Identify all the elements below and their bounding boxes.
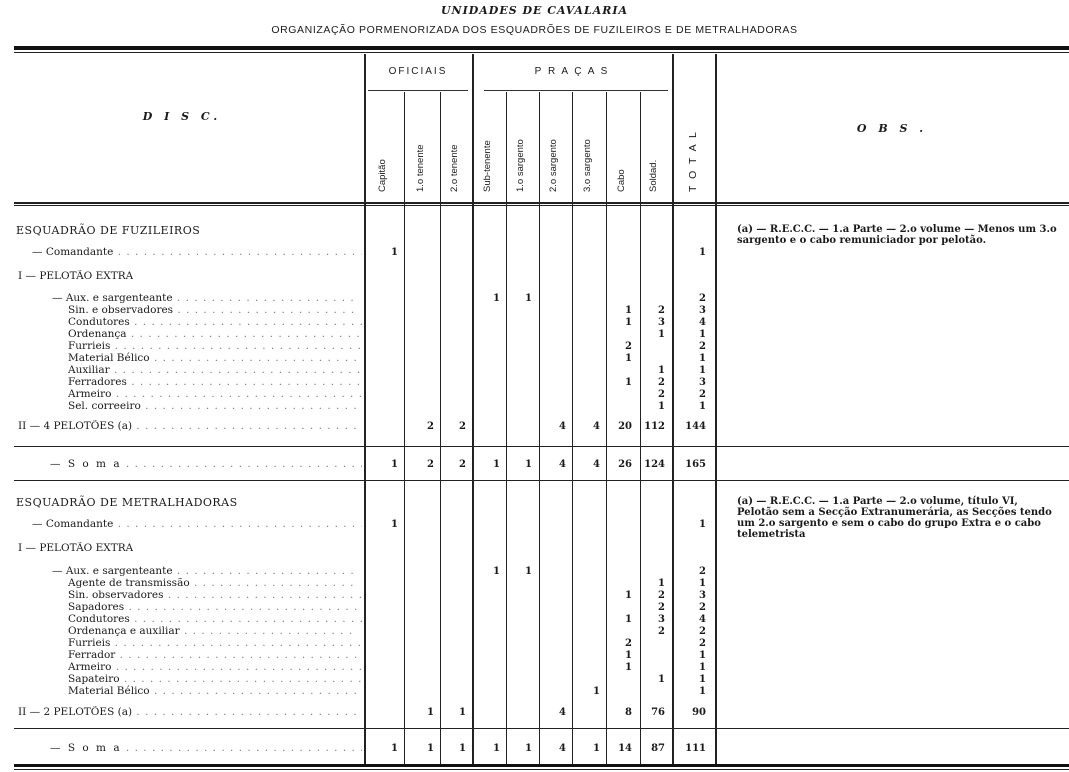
- cell-value: 1: [676, 329, 706, 340]
- cell-value: 2: [635, 377, 665, 388]
- dot-leader: . . . . . . . . . . . . . . . . . . . . …: [111, 388, 362, 400]
- bottom-rule-thin: [14, 769, 1069, 770]
- dot-leader: . . . . . . . . . . . . . . . . . . . . …: [150, 352, 358, 364]
- cell-value: 3: [676, 590, 706, 601]
- row-label: Material Bélico . . . . . . . . . . . . …: [68, 685, 358, 697]
- cell-value: 124: [635, 459, 665, 470]
- cell-value: 1: [368, 247, 398, 258]
- cell-value: 4: [676, 317, 706, 328]
- cell-value: 2: [676, 341, 706, 352]
- cell-value: 1: [602, 353, 632, 364]
- row-label: — Aux. e sargenteante . . . . . . . . . …: [52, 565, 355, 577]
- dot-leader: . . . . . . . . . . . . . . . . . . . . …: [110, 364, 362, 376]
- dot-leader: . . . . . . . . . . . . . . . . . . . . …: [130, 316, 362, 328]
- dot-leader: . . . . . . . . . . . . . . . . . . . . …: [110, 340, 362, 352]
- row-label: Condutores . . . . . . . . . . . . . . .…: [68, 316, 362, 328]
- row-label: Sapadores . . . . . . . . . . . . . . . …: [68, 601, 362, 613]
- col-2-sargento: 2.o sargento: [548, 139, 559, 192]
- cell-value: 2: [404, 459, 434, 470]
- row-label: II — 2 PELOTÕES (a) . . . . . . . . . . …: [18, 706, 362, 718]
- dot-leader: . . . . . . . . . . . . . . . . . . . . …: [115, 649, 362, 661]
- cell-value: 4: [536, 459, 566, 470]
- row-label: Sin. observadores . . . . . . . . . . . …: [68, 589, 362, 601]
- obs-note-fuzileiros: (a) — R.E.C.C. — 1.a Parte — 2.o volume …: [737, 224, 1063, 246]
- cell-value: 1: [676, 401, 706, 412]
- cell-value: 1: [676, 650, 706, 661]
- cell-value: 2: [635, 626, 665, 637]
- row-label: — Aux. e sargenteante . . . . . . . . . …: [52, 292, 355, 304]
- col-3-sargento: 3.o sargento: [582, 139, 593, 192]
- col-divider: [506, 92, 507, 767]
- cell-value: 4: [676, 614, 706, 625]
- cell-value: 1: [676, 519, 706, 530]
- dot-leader: . . . . . . . . . . . . . . . . . . . . …: [110, 637, 362, 649]
- col-1-sargento: 1.o sargento: [515, 139, 526, 192]
- dot-leader: . . . . . . . . . . . . . . . . . . . . …: [141, 400, 358, 412]
- dot-leader: . . . . . . . . . . . . . . . . . . . . …: [150, 685, 358, 697]
- cell-value: 2: [635, 389, 665, 400]
- cell-value: 1: [635, 578, 665, 589]
- cell-value: 87: [635, 743, 665, 754]
- dot-leader: . . . . . . . . . . . . . . . . . . .: [190, 577, 355, 589]
- row-label: Furrieis . . . . . . . . . . . . . . . .…: [68, 637, 362, 649]
- row-label: — Comandante . . . . . . . . . . . . . .…: [32, 246, 362, 258]
- cell-value: 144: [676, 421, 706, 432]
- row-label: Auxiliar . . . . . . . . . . . . . . . .…: [68, 364, 362, 376]
- cell-value: 2: [676, 602, 706, 613]
- col-2-tenente: 2.o tenente: [449, 144, 460, 192]
- cell-value: 1: [676, 365, 706, 376]
- cell-value: 1: [436, 743, 466, 754]
- dot-leader: . . . . . . . . . . . . . . . . . . . . …: [127, 328, 363, 340]
- cell-value: 4: [570, 421, 600, 432]
- cell-value: 2: [676, 638, 706, 649]
- dot-leader: . . . . . . . . . . . . . . . . . . . . …: [122, 458, 362, 470]
- cell-value: 2: [635, 590, 665, 601]
- cell-value: 1: [470, 566, 500, 577]
- col-total: T O T A L: [687, 130, 699, 192]
- cell-value: 112: [635, 421, 665, 432]
- cell-value: 1: [368, 459, 398, 470]
- col-divider: [672, 54, 674, 767]
- dot-leader: . . . . . . . . . . . . . . . . . . . . …: [113, 518, 362, 530]
- cell-value: 1: [570, 743, 600, 754]
- cell-value: 4: [536, 743, 566, 754]
- row-label: — Comandante . . . . . . . . . . . . . .…: [32, 518, 362, 530]
- cell-value: 1: [602, 305, 632, 316]
- cell-value: 1: [676, 674, 706, 685]
- cell-value: 1: [635, 674, 665, 685]
- cell-value: 1: [570, 686, 600, 697]
- top-rule: [14, 46, 1069, 50]
- row-rule: [14, 728, 1069, 729]
- cell-value: 2: [436, 459, 466, 470]
- row-label: I — PELOTÃO EXTRA: [18, 542, 133, 554]
- cell-value: 1: [676, 247, 706, 258]
- cell-value: 2: [436, 421, 466, 432]
- cell-value: 1: [404, 707, 434, 718]
- cell-value: 1: [368, 519, 398, 530]
- pracas-underline: [484, 90, 668, 91]
- dot-leader: . . . . . . . . . . . . . . . . . . . . …: [124, 601, 362, 613]
- cell-value: 2: [602, 341, 632, 352]
- cell-value: 3: [676, 305, 706, 316]
- cell-value: 1: [502, 293, 532, 304]
- cell-value: 1: [368, 743, 398, 754]
- cell-value: 1: [602, 590, 632, 601]
- document-title: UNIDADES DE CAVALARIA: [0, 4, 1069, 17]
- row-label: Sapateiro . . . . . . . . . . . . . . . …: [68, 673, 362, 685]
- cell-value: 1: [436, 707, 466, 718]
- cell-value: 90: [676, 707, 706, 718]
- dot-leader: . . . . . . . . . . . . . . . . . . . . …: [120, 673, 362, 685]
- cell-value: 165: [676, 459, 706, 470]
- row-label: Armeiro . . . . . . . . . . . . . . . . …: [68, 661, 362, 673]
- cell-value: 1: [470, 459, 500, 470]
- cell-value: 1: [635, 365, 665, 376]
- dot-leader: . . . . . . . . . . . . . . . . . . . . …: [173, 304, 355, 316]
- cell-value: 2: [635, 305, 665, 316]
- row-label: Sin. e observadores . . . . . . . . . . …: [68, 304, 355, 316]
- cell-value: 8: [602, 707, 632, 718]
- cell-value: 1: [502, 743, 532, 754]
- dot-leader: . . . . . . . . . . . . . . . . . . . . …: [127, 376, 362, 388]
- cell-value: 1: [470, 293, 500, 304]
- obs-header: O B S .: [715, 122, 1069, 135]
- cell-value: 1: [602, 662, 632, 673]
- row-label: Ferradores . . . . . . . . . . . . . . .…: [68, 376, 362, 388]
- cell-value: 1: [602, 650, 632, 661]
- row-label: Furrieis . . . . . . . . . . . . . . . .…: [68, 340, 362, 352]
- dot-leader: . . . . . . . . . . . . . . . . . . . .: [180, 625, 354, 637]
- row-label: Sel. correeiro . . . . . . . . . . . . .…: [68, 400, 358, 412]
- cell-value: 1: [602, 317, 632, 328]
- cell-value: 20: [602, 421, 632, 432]
- cell-value: 2: [676, 566, 706, 577]
- row-label: I — PELOTÃO EXTRA: [18, 270, 133, 282]
- cell-value: 1: [676, 662, 706, 673]
- cell-value: 4: [536, 707, 566, 718]
- cell-value: 76: [635, 707, 665, 718]
- row-label: Condutores . . . . . . . . . . . . . . .…: [68, 613, 362, 625]
- cell-value: 3: [635, 614, 665, 625]
- group-pracas: P R A Ç A S: [472, 66, 672, 77]
- row-label: Material Bélico . . . . . . . . . . . . …: [68, 352, 358, 364]
- cell-value: 26: [602, 459, 632, 470]
- oficiais-underline: [368, 90, 468, 91]
- dot-leader: . . . . . . . . . . . . . . . . . . . . …: [111, 661, 362, 673]
- bottom-rule: [14, 764, 1069, 767]
- cell-value: 1: [602, 614, 632, 625]
- cell-value: 2: [676, 293, 706, 304]
- row-label: Ordenança e auxiliar . . . . . . . . . .…: [68, 625, 353, 637]
- cell-value: 1: [635, 401, 665, 412]
- col-1-tenente: 1.o tenente: [415, 144, 426, 192]
- group-oficiais: OFICIAIS: [364, 66, 472, 77]
- cell-value: 1: [470, 743, 500, 754]
- cell-value: 2: [676, 626, 706, 637]
- row-label: Armeiro . . . . . . . . . . . . . . . . …: [68, 388, 362, 400]
- obs-note-metralhadoras: (a) — R.E.C.C. — 1.a Parte — 2.o volume,…: [737, 496, 1063, 540]
- row-label: Ferrador . . . . . . . . . . . . . . . .…: [68, 649, 362, 661]
- disc-header: D I S C.: [0, 110, 364, 123]
- col-divider: [364, 54, 366, 767]
- cell-value: 2: [676, 389, 706, 400]
- row-label: Ordenança . . . . . . . . . . . . . . . …: [68, 328, 362, 340]
- cell-value: 3: [676, 377, 706, 388]
- dot-leader: . . . . . . . . . . . . . . . . . . . . …: [113, 246, 362, 258]
- dot-leader: . . . . . . . . . . . . . . . . . . . . …: [164, 589, 362, 601]
- cell-value: 2: [635, 602, 665, 613]
- row-rule: [14, 446, 1069, 447]
- section-title: ESQUADRÃO DE METRALHADORAS: [16, 496, 238, 509]
- document-subtitle: ORGANIZAÇÃO PORMENORIZADA DOS ESQUADRÕES…: [0, 24, 1069, 36]
- col-sub-tenente: Sub-tenente: [482, 140, 493, 192]
- row-rule: [14, 480, 1069, 481]
- cell-value: 4: [536, 421, 566, 432]
- row-label: Agente de transmissão . . . . . . . . . …: [68, 577, 355, 589]
- cell-value: 1: [676, 353, 706, 364]
- cell-value: 2: [404, 421, 434, 432]
- header-rule-thin: [14, 205, 1069, 206]
- section-title: ESQUADRÃO DE FUZILEIROS: [16, 224, 200, 237]
- col-divider: [715, 54, 717, 767]
- cell-value: 3: [635, 317, 665, 328]
- col-divider: [472, 54, 474, 767]
- dot-leader: . . . . . . . . . . . . . . . . . . . . …: [130, 613, 362, 625]
- header-rule: [14, 202, 1069, 204]
- col-capitao: Capitão: [377, 159, 388, 192]
- cell-value: 1: [676, 578, 706, 589]
- row-label: II — 4 PELOTÕES (a) . . . . . . . . . . …: [18, 420, 362, 432]
- cell-value: 4: [570, 459, 600, 470]
- cell-value: 2: [602, 638, 632, 649]
- dot-leader: . . . . . . . . . . . . . . . . . . . . …: [132, 420, 362, 432]
- col-cabo: Cabo: [616, 169, 627, 192]
- dot-leader: . . . . . . . . . . . . . . . . . . . . …: [173, 292, 355, 304]
- cell-value: 14: [602, 743, 632, 754]
- cell-value: 1: [502, 459, 532, 470]
- top-rule-thin: [14, 52, 1069, 53]
- cell-value: 1: [635, 329, 665, 340]
- total-row-label: — S o m a . . . . . . . . . . . . . . . …: [50, 458, 362, 470]
- dot-leader: . . . . . . . . . . . . . . . . . . . . …: [122, 742, 362, 754]
- cell-value: 1: [502, 566, 532, 577]
- col-soldad: Soldad.: [648, 160, 659, 192]
- cell-value: 1: [404, 743, 434, 754]
- dot-leader: . . . . . . . . . . . . . . . . . . . . …: [173, 565, 355, 577]
- dot-leader: . . . . . . . . . . . . . . . . . . . . …: [132, 706, 362, 718]
- cell-value: 111: [676, 743, 706, 754]
- cell-value: 1: [602, 377, 632, 388]
- cell-value: 1: [676, 686, 706, 697]
- total-row-label: — S o m a . . . . . . . . . . . . . . . …: [50, 742, 362, 754]
